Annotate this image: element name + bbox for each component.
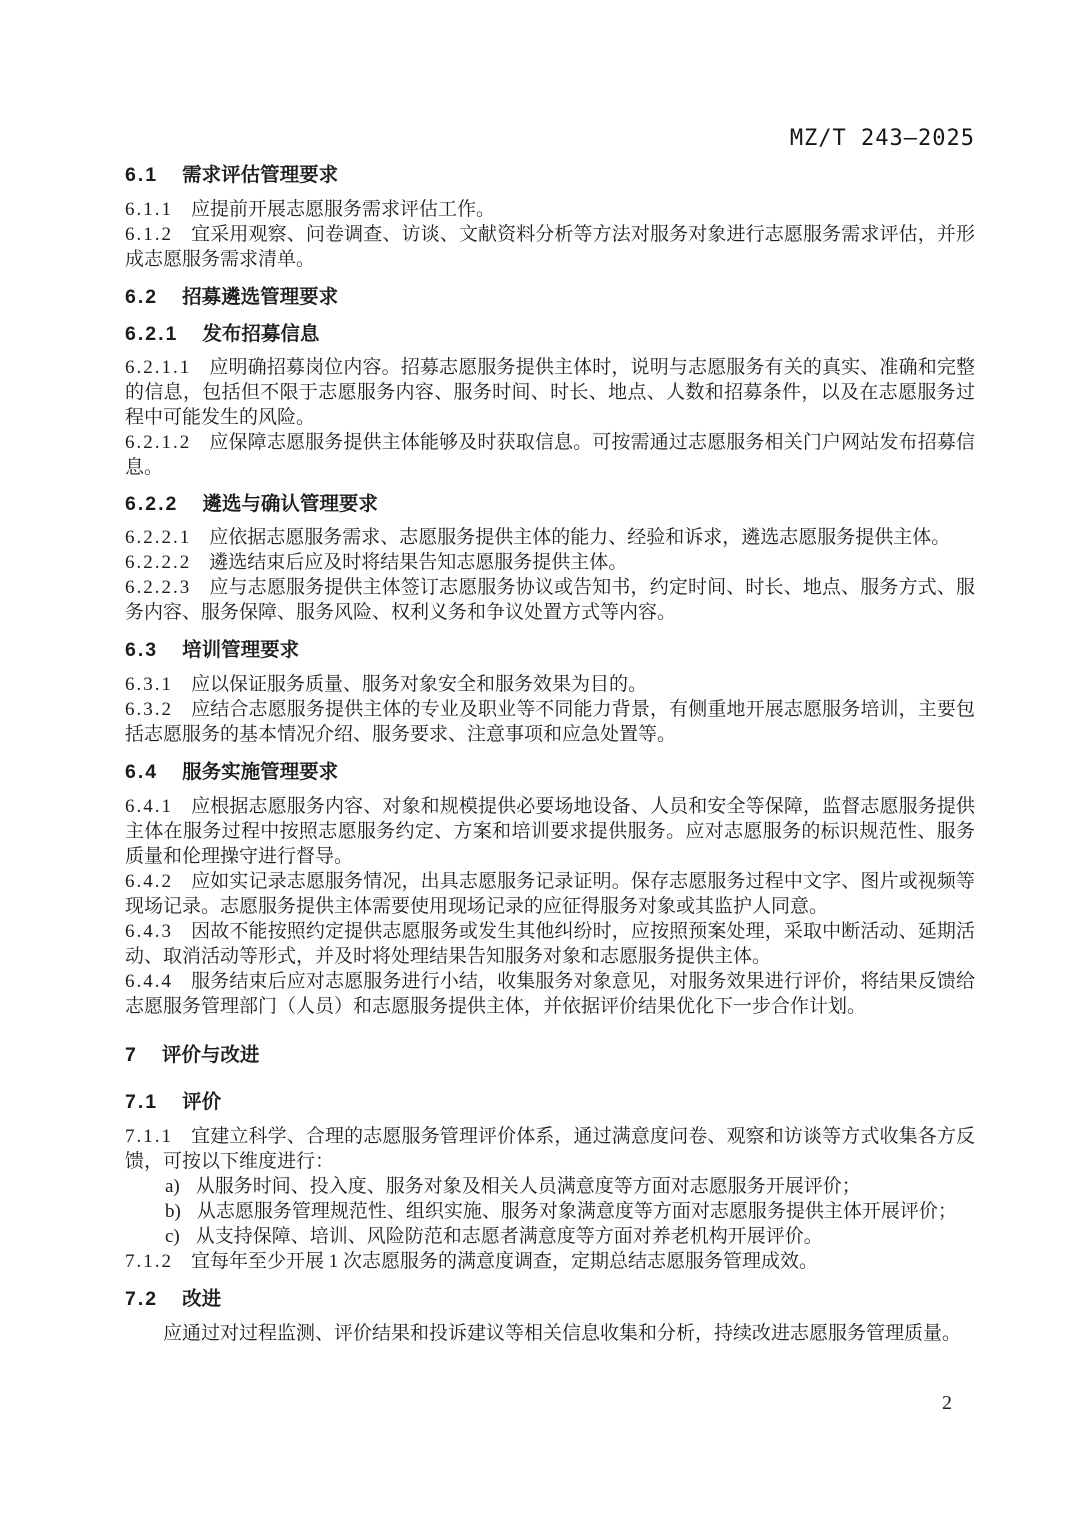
- doc-code-header: MZ/T 243—2025: [790, 126, 975, 151]
- heading-text: 招募遴选管理要求: [182, 286, 338, 308]
- paragraph-text: 宜采用观察、问卷调查、访谈、文献资料分析等方法对服务对象进行志愿服务需求评估，并…: [125, 224, 975, 270]
- paragraph-text: 应依据志愿服务需求、志愿服务提供主体的能力、经验和诉求，遴选志愿服务提供主体。: [209, 527, 950, 548]
- clause-number: 6.2.2.1: [125, 527, 191, 548]
- document-page: MZ/T 243—2025 6.1需求评估管理要求6.1.1应提前开展志愿服务需…: [0, 0, 1074, 1520]
- clause-number: 6.2: [125, 286, 158, 308]
- section-heading: 7.2改进: [125, 1287, 975, 1312]
- paragraph-text: 遴选结束后应及时将结果告知志愿服务提供主体。: [209, 552, 627, 573]
- clause-number: 6.3.1: [125, 674, 173, 695]
- clause-number: 6.4.2: [125, 871, 173, 892]
- clause-paragraph: 6.4.4服务结束后应对志愿服务进行小结，收集服务对象意见，对服务效果进行评价，…: [125, 969, 975, 1019]
- clause-paragraph: 6.2.2.2遴选结束后应及时将结果告知志愿服务提供主体。: [125, 550, 975, 575]
- clause-number: 6.4.1: [125, 796, 173, 817]
- clause-paragraph: 7.1.2宜每年至少开展 1 次志愿服务的满意度调查，定期总结志愿服务管理成效。: [125, 1249, 975, 1274]
- section-heading: 6.2.2遴选与确认管理要求: [125, 492, 975, 517]
- paragraph-text: 应与志愿服务提供主体签订志愿服务协议或告知书，约定时间、时长、地点、服务方式、服…: [125, 577, 975, 623]
- paragraph-text: 从服务时间、投入度、服务对象及相关人员满意度等方面对志愿服务开展评价；: [196, 1176, 861, 1197]
- clause-paragraph: 6.2.1.2应保障志愿服务提供主体能够及时获取信息。可按需通过志愿服务相关门户…: [125, 430, 975, 480]
- clause-number: 6.2.1: [125, 323, 178, 345]
- section-heading: 6.2.1发布招募信息: [125, 322, 975, 347]
- clause-paragraph: 应通过对过程监测、评价结果和投诉建议等相关信息收集和分析，持续改进志愿服务管理质…: [125, 1321, 975, 1346]
- section-heading: 6.3培训管理要求: [125, 638, 975, 663]
- clause-number: 6.3.2: [125, 699, 173, 720]
- paragraph-text: 应结合志愿服务提供主体的专业及职业等不同能力背景，有侧重地开展志愿服务培训，主要…: [125, 699, 975, 745]
- clause-paragraph: 6.1.2宜采用观察、问卷调查、访谈、文献资料分析等方法对服务对象进行志愿服务需…: [125, 222, 975, 272]
- heading-text: 遴选与确认管理要求: [202, 493, 378, 515]
- heading-text: 发布招募信息: [202, 323, 319, 345]
- list-item: b)从志愿服务管理规范性、组织实施、服务对象满意度等方面对志愿服务提供主体开展评…: [125, 1199, 975, 1224]
- section-heading: 6.1需求评估管理要求: [125, 163, 975, 188]
- paragraph-text: 宜每年至少开展 1 次志愿服务的满意度调查，定期总结志愿服务管理成效。: [191, 1251, 818, 1272]
- clause-number: a): [165, 1176, 180, 1197]
- clause-number: 6.4.3: [125, 921, 173, 942]
- clause-number: 7.1: [125, 1091, 158, 1113]
- clause-number: 6.2.1.2: [125, 432, 191, 453]
- heading-text: 评价与改进: [162, 1044, 260, 1066]
- clause-number: b): [165, 1201, 181, 1222]
- heading-text: 评价: [182, 1091, 221, 1113]
- section-heading: 7评价与改进: [125, 1043, 975, 1068]
- clause-paragraph: 6.2.2.3应与志愿服务提供主体签订志愿服务协议或告知书，约定时间、时长、地点…: [125, 575, 975, 625]
- heading-text: 培训管理要求: [182, 639, 299, 661]
- paragraph-text: 应根据志愿服务内容、对象和规模提供必要场地设备、人员和安全等保障，监督志愿服务提…: [125, 796, 975, 867]
- clause-paragraph: 6.3.1应以保证服务质量、服务对象安全和服务效果为目的。: [125, 672, 975, 697]
- paragraph-text: 应提前开展志愿服务需求评估工作。: [191, 199, 495, 220]
- section-heading: 6.4服务实施管理要求: [125, 760, 975, 785]
- clause-number: 6.1: [125, 164, 158, 186]
- paragraph-text: 从志愿服务管理规范性、组织实施、服务对象满意度等方面对志愿服务提供主体开展评价；: [197, 1201, 957, 1222]
- clause-number: 6.4: [125, 761, 158, 783]
- section-heading: 7.1评价: [125, 1090, 975, 1115]
- paragraph-text: 因故不能按照约定提供志愿服务或发生其他纠纷时，应按照预案处理，采取中断活动、延期…: [125, 921, 975, 967]
- section-heading: 6.2招募遴选管理要求: [125, 285, 975, 310]
- paragraph-text: 应如实记录志愿服务情况，出具志愿服务记录证明。保存志愿服务过程中文字、图片或视频…: [125, 871, 975, 917]
- clause-paragraph: 6.4.1应根据志愿服务内容、对象和规模提供必要场地设备、人员和安全等保障，监督…: [125, 794, 975, 869]
- clause-paragraph: 6.2.2.1应依据志愿服务需求、志愿服务提供主体的能力、经验和诉求，遴选志愿服…: [125, 525, 975, 550]
- paragraph-text: 应保障志愿服务提供主体能够及时获取信息。可按需通过志愿服务相关门户网站发布招募信…: [125, 432, 975, 478]
- clause-number: 6.2.2.2: [125, 552, 191, 573]
- paragraph-text: 应通过对过程监测、评价结果和投诉建议等相关信息收集和分析，持续改进志愿服务管理质…: [163, 1323, 961, 1344]
- clause-paragraph: 6.2.1.1应明确招募岗位内容。招募志愿服务提供主体时，说明与志愿服务有关的真…: [125, 355, 975, 430]
- clause-number: 7.2: [125, 1288, 158, 1310]
- clause-number: 7.1.2: [125, 1251, 173, 1272]
- paragraph-text: 应明确招募岗位内容。招募志愿服务提供主体时，说明与志愿服务有关的真实、准确和完整…: [125, 357, 975, 428]
- clause-number: 6.2.2: [125, 493, 178, 515]
- paragraph-text: 应以保证服务质量、服务对象安全和服务效果为目的。: [191, 674, 647, 695]
- paragraph-text: 宜建立科学、合理的志愿服务管理评价体系，通过满意度问卷、观察和访谈等方式收集各方…: [125, 1126, 975, 1172]
- paragraph-text: 从支持保障、培训、风险防范和志愿者满意度等方面对养老机构开展评价。: [196, 1226, 823, 1247]
- clause-number: 7.1.1: [125, 1126, 173, 1147]
- heading-text: 改进: [182, 1288, 221, 1310]
- clause-number: 6.4.4: [125, 971, 173, 992]
- clause-paragraph: 6.3.2应结合志愿服务提供主体的专业及职业等不同能力背景，有侧重地开展志愿服务…: [125, 697, 975, 747]
- heading-text: 服务实施管理要求: [182, 761, 338, 783]
- list-item: c)从支持保障、培训、风险防范和志愿者满意度等方面对养老机构开展评价。: [125, 1224, 975, 1249]
- list-item: a)从服务时间、投入度、服务对象及相关人员满意度等方面对志愿服务开展评价；: [125, 1174, 975, 1199]
- clause-number: 7: [125, 1044, 138, 1066]
- page-number: 2: [942, 1392, 952, 1415]
- clause-number: 6.1.2: [125, 224, 173, 245]
- clause-paragraph: 6.4.3因故不能按照约定提供志愿服务或发生其他纠纷时，应按照预案处理，采取中断…: [125, 919, 975, 969]
- clause-paragraph: 7.1.1宜建立科学、合理的志愿服务管理评价体系，通过满意度问卷、观察和访谈等方…: [125, 1124, 975, 1174]
- clause-number: c): [165, 1226, 180, 1247]
- clause-number: 6.3: [125, 639, 158, 661]
- clause-paragraph: 6.4.2应如实记录志愿服务情况，出具志愿服务记录证明。保存志愿服务过程中文字、…: [125, 869, 975, 919]
- doc-content: 6.1需求评估管理要求6.1.1应提前开展志愿服务需求评估工作。6.1.2宜采用…: [125, 150, 975, 1346]
- clause-number: 6.2.1.1: [125, 357, 191, 378]
- clause-number: 6.1.1: [125, 199, 173, 220]
- paragraph-text: 服务结束后应对志愿服务进行小结，收集服务对象意见，对服务效果进行评价，将结果反馈…: [125, 971, 975, 1017]
- clause-paragraph: 6.1.1应提前开展志愿服务需求评估工作。: [125, 197, 975, 222]
- heading-text: 需求评估管理要求: [182, 164, 338, 186]
- clause-number: 6.2.2.3: [125, 577, 191, 598]
